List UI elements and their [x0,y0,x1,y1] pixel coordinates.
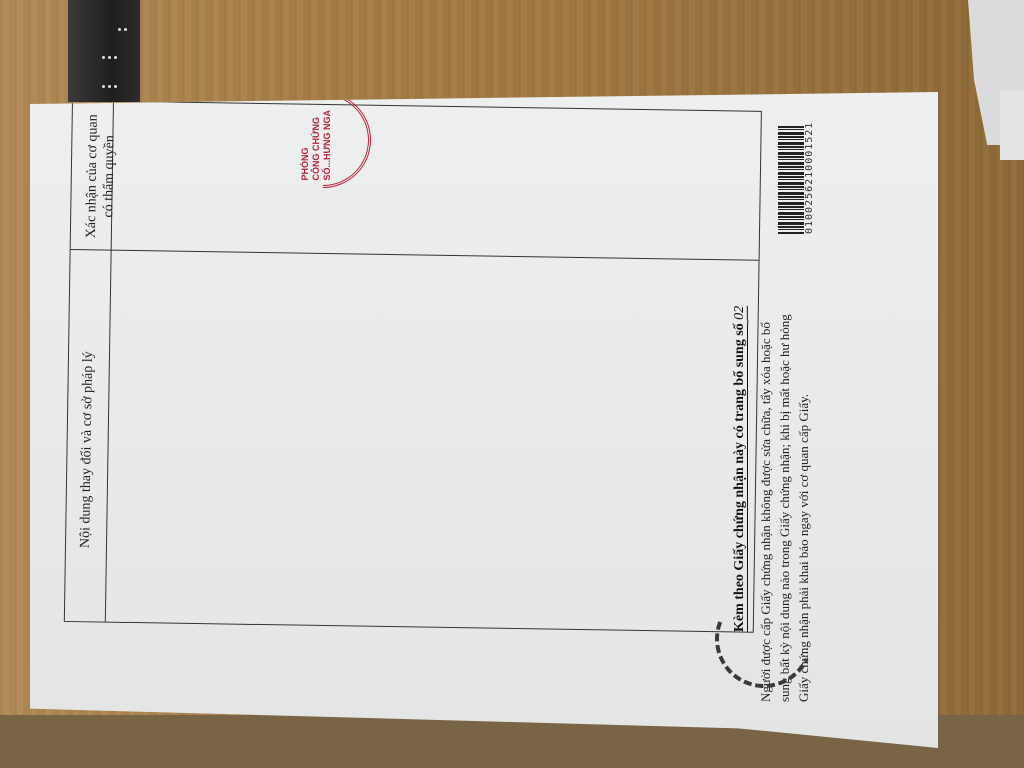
header-change-content: Nội dung thay đổi và cơ sở pháp lý [78,351,97,548]
amendment-table: Xác nhận của cơ quan có thẩm quyền Nội d… [64,100,762,633]
barcode [778,126,804,234]
attachment-note: Kèm theo Giấy chứng nhận này có trang bổ… [732,302,748,632]
header-authority-confirmation: Xác nhận của cơ quan có thẩm quyền [83,111,119,242]
adjacent-paper-corner [1000,90,1024,160]
certificate-page: Xác nhận của cơ quan có thẩm quyền Nội d… [30,92,938,748]
barcode-number: 0100256210001521 [804,126,815,234]
black-ruler [68,0,140,102]
table-column-divider [71,249,759,261]
red-stamp-text: PHÒNG CÔNG CHỨNG SỐ...HƯNG NGA [300,110,333,180]
handwritten-page-number: 02 [732,306,747,320]
